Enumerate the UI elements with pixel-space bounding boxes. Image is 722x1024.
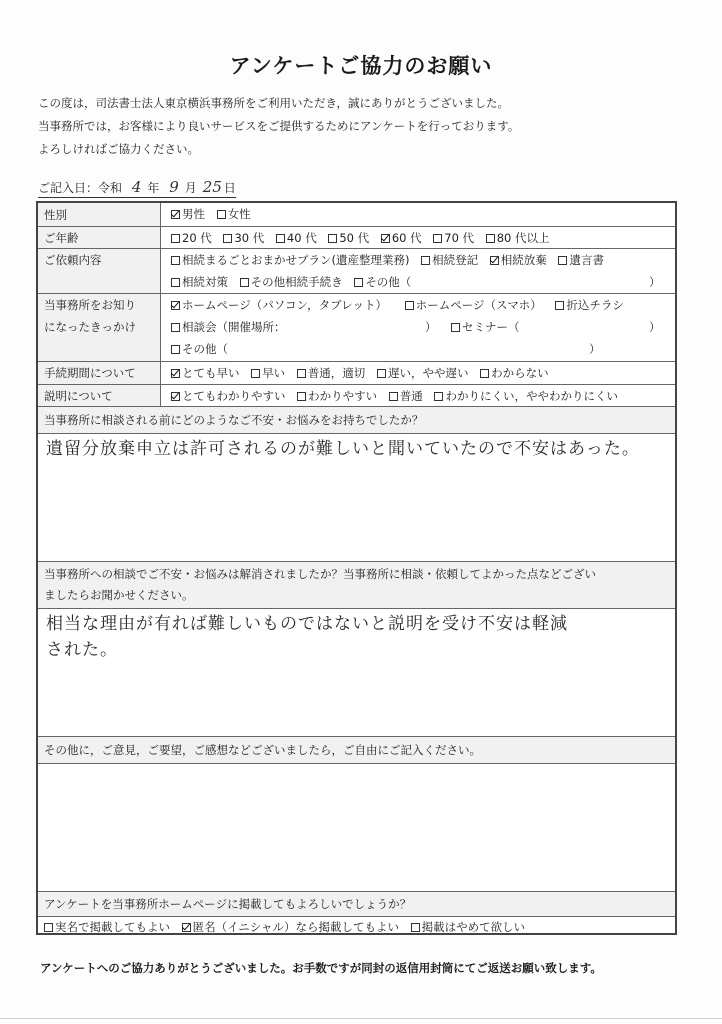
checkbox-checked-icon[interactable]	[182, 923, 191, 932]
option-label: 早い	[262, 366, 285, 380]
option-inheritance-renunciation[interactable]: 相続放棄	[490, 249, 547, 271]
checkbox-checked-icon[interactable]	[171, 369, 180, 378]
option-label: 女性	[228, 207, 251, 221]
option-age-40[interactable]: 40 代	[276, 227, 317, 249]
checkbox-icon[interactable]	[555, 301, 564, 310]
option-age-50[interactable]: 50 代	[328, 227, 369, 249]
question-text: アンケートを当事務所ホームページに掲載してもよろしいでしょうか？	[38, 892, 675, 917]
checkbox-icon[interactable]	[297, 392, 306, 401]
option-homepage-pc[interactable]: ホームページ（パソコン，タブレット）	[171, 294, 387, 316]
row-source: 当事務所をお知り になったきっかけ ホームページ（パソコン，タブレット） ホーム…	[38, 294, 675, 362]
question-concerns-resolved: 当事務所への相談でご不安・お悩みは解消されましたか？当事務所に相談・依頼してよか…	[38, 562, 675, 737]
option-label: 折込チラシ	[566, 298, 624, 312]
answer-field[interactable]	[38, 764, 675, 888]
option-label: わかりにくい，ややわかりにくい	[445, 389, 618, 403]
option-will[interactable]: 遺言書	[558, 249, 604, 271]
checkbox-icon[interactable]	[217, 210, 226, 219]
option-normal[interactable]: 普通，適切	[297, 362, 366, 384]
answer-field[interactable]: 遺留分放棄申立は許可されるのが難しいと聞いていたので不安はあった。	[38, 434, 675, 464]
option-very-fast[interactable]: とても早い	[171, 362, 240, 384]
checkbox-checked-icon[interactable]	[381, 234, 390, 243]
answer-line: 遺留分放棄申立は許可されるのが難しいと聞いていたので不安はあった。	[46, 436, 667, 462]
option-label: 80 代以上	[497, 231, 550, 245]
question-line: ましたらお聞かせください。	[44, 585, 669, 606]
row-label: 説明について	[38, 385, 161, 406]
answer-field[interactable]: 相当な理由が有れば難しいものではないと説明を受け不安は軽減 された。	[38, 609, 675, 665]
checkbox-icon[interactable]	[421, 256, 430, 265]
question-other-comments: その他に，ご意見，ご要望，ご感想などございましたら，ご自由にご記入ください。	[38, 737, 675, 892]
checkbox-icon[interactable]	[405, 301, 414, 310]
row-label-line: になったきっかけ	[44, 316, 154, 338]
question-text: 当事務所に相談される前にどのようなご不安・お悩みをお持ちでしたか？	[38, 407, 675, 434]
option-label: 相談会（開催場所：	[182, 320, 286, 334]
checkbox-icon[interactable]	[328, 234, 337, 243]
checkbox-icon[interactable]	[558, 256, 567, 265]
option-no-publish[interactable]: 掲載はやめて欲しい	[411, 917, 526, 938]
option-flyer[interactable]: 折込チラシ	[555, 294, 624, 316]
intro-line: よろしければご協力ください。	[38, 138, 519, 161]
option-age-60[interactable]: 60 代	[381, 227, 422, 249]
checkbox-icon[interactable]	[171, 234, 180, 243]
checkbox-checked-icon[interactable]	[490, 256, 499, 265]
option-fast[interactable]: 早い	[251, 362, 285, 384]
intro-line: 当事務所では，お客様により良いサービスをご提供するためにアンケートを行っておりま…	[38, 115, 519, 138]
option-label: わからない	[491, 366, 549, 380]
option-label: とてもわかりやすい	[182, 389, 286, 403]
option-label: その他（	[182, 342, 228, 356]
option-very-clear[interactable]: とてもわかりやすい	[171, 385, 286, 407]
option-full-plan[interactable]: 相続まるごとおまかせプラン(遺産整理業務)	[171, 249, 409, 271]
checkbox-icon[interactable]	[223, 234, 232, 243]
option-label: 20 代	[182, 231, 212, 245]
row-gender: 性別 男性 女性	[38, 203, 675, 227]
option-real-name[interactable]: 実名で掲載してもよい	[44, 917, 170, 938]
answer-line: された。	[46, 637, 667, 663]
option-age-80[interactable]: 80 代以上	[486, 227, 550, 249]
entry-date: ご記入日：令和 4年 9月25日	[38, 178, 236, 198]
option-label: ホームページ（スマホ）	[416, 298, 542, 312]
row-label: 性別	[38, 203, 161, 226]
option-label: 60 代	[392, 231, 422, 245]
row-label: ご年齢	[38, 227, 161, 248]
date-year-field[interactable]: 4	[132, 178, 142, 196]
month-unit: 月	[185, 181, 197, 195]
year-unit: 年	[147, 181, 159, 195]
option-label: 実名で掲載してもよい	[55, 920, 170, 934]
checkbox-icon[interactable]	[434, 392, 443, 401]
option-label: 普通	[400, 389, 423, 403]
option-age-70[interactable]: 70 代	[433, 227, 474, 249]
option-label: 相続放棄	[501, 253, 547, 267]
option-age-20[interactable]: 20 代	[171, 227, 212, 249]
option-label: とても早い	[182, 366, 240, 380]
checkbox-icon[interactable]	[486, 234, 495, 243]
checkbox-checked-icon[interactable]	[171, 210, 180, 219]
page-title: アンケートご協力のお願い	[0, 50, 722, 80]
checkbox-icon[interactable]	[240, 278, 249, 287]
option-label: わかりやすい	[308, 389, 377, 403]
checkbox-icon[interactable]	[354, 278, 363, 287]
checkbox-icon[interactable]	[480, 369, 489, 378]
option-consultation[interactable]: 相談会（開催場所：	[171, 316, 286, 338]
option-unclear[interactable]: わかりにくい，ややわかりにくい	[434, 385, 618, 407]
close-paren: ）	[425, 316, 437, 338]
option-anonymous[interactable]: 匿名（イニシャル）なら掲載してもよい	[182, 917, 399, 938]
row-label: ご依頼内容	[38, 249, 161, 293]
date-day-field[interactable]: 25	[203, 178, 222, 196]
close-paren: ）	[649, 316, 661, 338]
option-other-procedures[interactable]: その他相続手続き	[240, 271, 343, 293]
checkbox-icon[interactable]	[389, 392, 398, 401]
option-label: 40 代	[287, 231, 317, 245]
page-edge-divider	[0, 1018, 722, 1019]
option-label: 70 代	[444, 231, 474, 245]
option-label: 30 代	[234, 231, 264, 245]
option-other[interactable]: その他（	[354, 271, 411, 293]
option-label: ホームページ（パソコン，タブレット）	[182, 298, 387, 312]
question-concerns-before: 当事務所に相談される前にどのようなご不安・お悩みをお持ちでしたか？ 遺留分放棄申…	[38, 407, 675, 562]
row-explanation: 説明について とてもわかりやすい わかりやすい 普通 わかりにくい，ややわかりに…	[38, 385, 675, 407]
checkbox-icon[interactable]	[171, 345, 180, 354]
question-line: 当事務所への相談でご不安・お悩みは解消されましたか？当事務所に相談・依頼してよか…	[44, 564, 669, 585]
option-male[interactable]: 男性	[171, 203, 205, 225]
option-label: 遺言書	[569, 253, 604, 267]
question-publish: アンケートを当事務所ホームページに掲載してもよろしいでしょうか？ 実名で掲載して…	[38, 892, 675, 935]
option-homepage-phone[interactable]: ホームページ（スマホ）	[405, 294, 542, 316]
option-label: その他（	[365, 275, 411, 289]
option-label: 遅い，やや遅い	[388, 366, 469, 380]
checkbox-checked-icon[interactable]	[171, 392, 180, 401]
survey-form: 性別 男性 女性 ご年齢 20 代 30 代 40 代 50 代 60 代 70…	[36, 201, 677, 935]
option-unknown[interactable]: わからない	[480, 362, 549, 384]
option-label: 50 代	[339, 231, 369, 245]
close-paren: ）	[649, 271, 661, 293]
option-label: 掲載はやめて欲しい	[422, 920, 526, 934]
option-label: 相続まるごとおまかせプラン(遺産整理業務)	[182, 253, 409, 267]
checkbox-icon[interactable]	[451, 323, 460, 332]
checkbox-icon[interactable]	[377, 369, 386, 378]
option-female[interactable]: 女性	[217, 203, 251, 225]
footer-note: アンケートへのご協力ありがとうございました。お手数ですが同封の返信用封筒にてご返…	[40, 960, 602, 976]
option-source-other[interactable]: その他（	[171, 338, 228, 360]
checkbox-icon[interactable]	[433, 234, 442, 243]
row-duration: 手続期間について とても早い 早い 普通，適切 遅い，やや遅い わからない	[38, 362, 675, 385]
checkbox-checked-icon[interactable]	[171, 301, 180, 310]
checkbox-icon[interactable]	[297, 369, 306, 378]
option-label: 普通，適切	[308, 366, 366, 380]
option-clear[interactable]: わかりやすい	[297, 385, 377, 407]
option-slow[interactable]: 遅い，やや遅い	[377, 362, 469, 384]
checkbox-icon[interactable]	[171, 323, 180, 332]
intro-text: この度は，司法書士法人東京横浜事務所をご利用いただき，誠にありがとうございました…	[38, 92, 519, 161]
option-label: セミナー（	[462, 320, 520, 334]
date-month-field[interactable]: 9	[169, 178, 179, 196]
option-average[interactable]: 普通	[389, 385, 423, 407]
option-label: その他相続手続き	[251, 275, 343, 289]
checkbox-icon[interactable]	[171, 256, 180, 265]
row-label: 当事務所をお知り になったきっかけ	[38, 294, 161, 361]
option-label: 男性	[182, 207, 205, 221]
checkbox-icon[interactable]	[411, 923, 420, 932]
publish-options: 実名で掲載してもよい 匿名（イニシャル）なら掲載してもよい 掲載はやめて欲しい	[38, 917, 675, 938]
option-label: 相続対策	[182, 275, 228, 289]
checkbox-icon[interactable]	[44, 923, 53, 932]
checkbox-icon[interactable]	[251, 369, 260, 378]
option-label: 相続登記	[432, 253, 478, 267]
close-paren: ）	[589, 338, 601, 360]
row-request: ご依頼内容 相続まるごとおまかせプラン(遺産整理業務) 相続登記 相続放棄 遺言…	[38, 249, 675, 294]
row-age: ご年齢 20 代 30 代 40 代 50 代 60 代 70 代 80 代以上	[38, 227, 675, 249]
answer-line: 相当な理由が有れば難しいものではないと説明を受け不安は軽減	[46, 611, 667, 637]
option-age-30[interactable]: 30 代	[223, 227, 264, 249]
question-text: その他に，ご意見，ご要望，ご感想などございましたら，ご自由にご記入ください。	[38, 737, 675, 764]
intro-line: この度は，司法書士法人東京横浜事務所をご利用いただき，誠にありがとうございました…	[38, 92, 519, 115]
date-label: ご記入日：令和	[38, 181, 122, 195]
checkbox-icon[interactable]	[276, 234, 285, 243]
option-seminar[interactable]: セミナー（	[451, 316, 520, 338]
option-inheritance-planning[interactable]: 相続対策	[171, 271, 228, 293]
row-label: 手続期間について	[38, 362, 161, 384]
day-unit: 日	[224, 181, 236, 195]
option-label: 匿名（イニシャル）なら掲載してもよい	[193, 920, 399, 934]
checkbox-icon[interactable]	[171, 278, 180, 287]
row-label-line: 当事務所をお知り	[44, 294, 154, 316]
question-text: 当事務所への相談でご不安・お悩みは解消されましたか？当事務所に相談・依頼してよか…	[38, 562, 675, 609]
option-inheritance-registration[interactable]: 相続登記	[421, 249, 478, 271]
